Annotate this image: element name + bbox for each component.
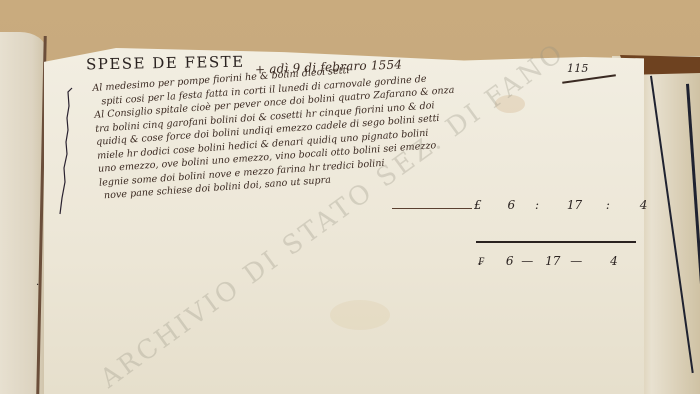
- subtotal-row: £ 6 : 17 : 4: [474, 198, 647, 212]
- total-soldi: 17: [545, 254, 560, 268]
- separator: :: [535, 198, 539, 212]
- currency-symbol: £: [474, 198, 482, 212]
- separator: —: [570, 254, 582, 268]
- subtotal-leader-line: [392, 208, 472, 209]
- total-rule: [476, 241, 636, 243]
- separator: —: [521, 254, 533, 268]
- currency-symbol: ₣: [478, 254, 484, 269]
- total-denari: 4: [610, 254, 618, 268]
- subtotal-soldi: 17: [567, 198, 582, 212]
- total-row: ₣ 6 — 17 — 4: [478, 254, 618, 269]
- total-lire: 6: [506, 254, 514, 268]
- page-title: SPESE DE FESTE: [86, 53, 245, 74]
- margin-mark: ·: [36, 280, 39, 291]
- subtotal-denari: 4: [640, 198, 648, 212]
- paper-stain: [330, 300, 390, 330]
- margin-bracket-icon: [58, 86, 76, 216]
- subtotal-lire: 6: [507, 198, 515, 212]
- separator: :: [606, 198, 610, 212]
- folio-number: 115: [567, 62, 589, 75]
